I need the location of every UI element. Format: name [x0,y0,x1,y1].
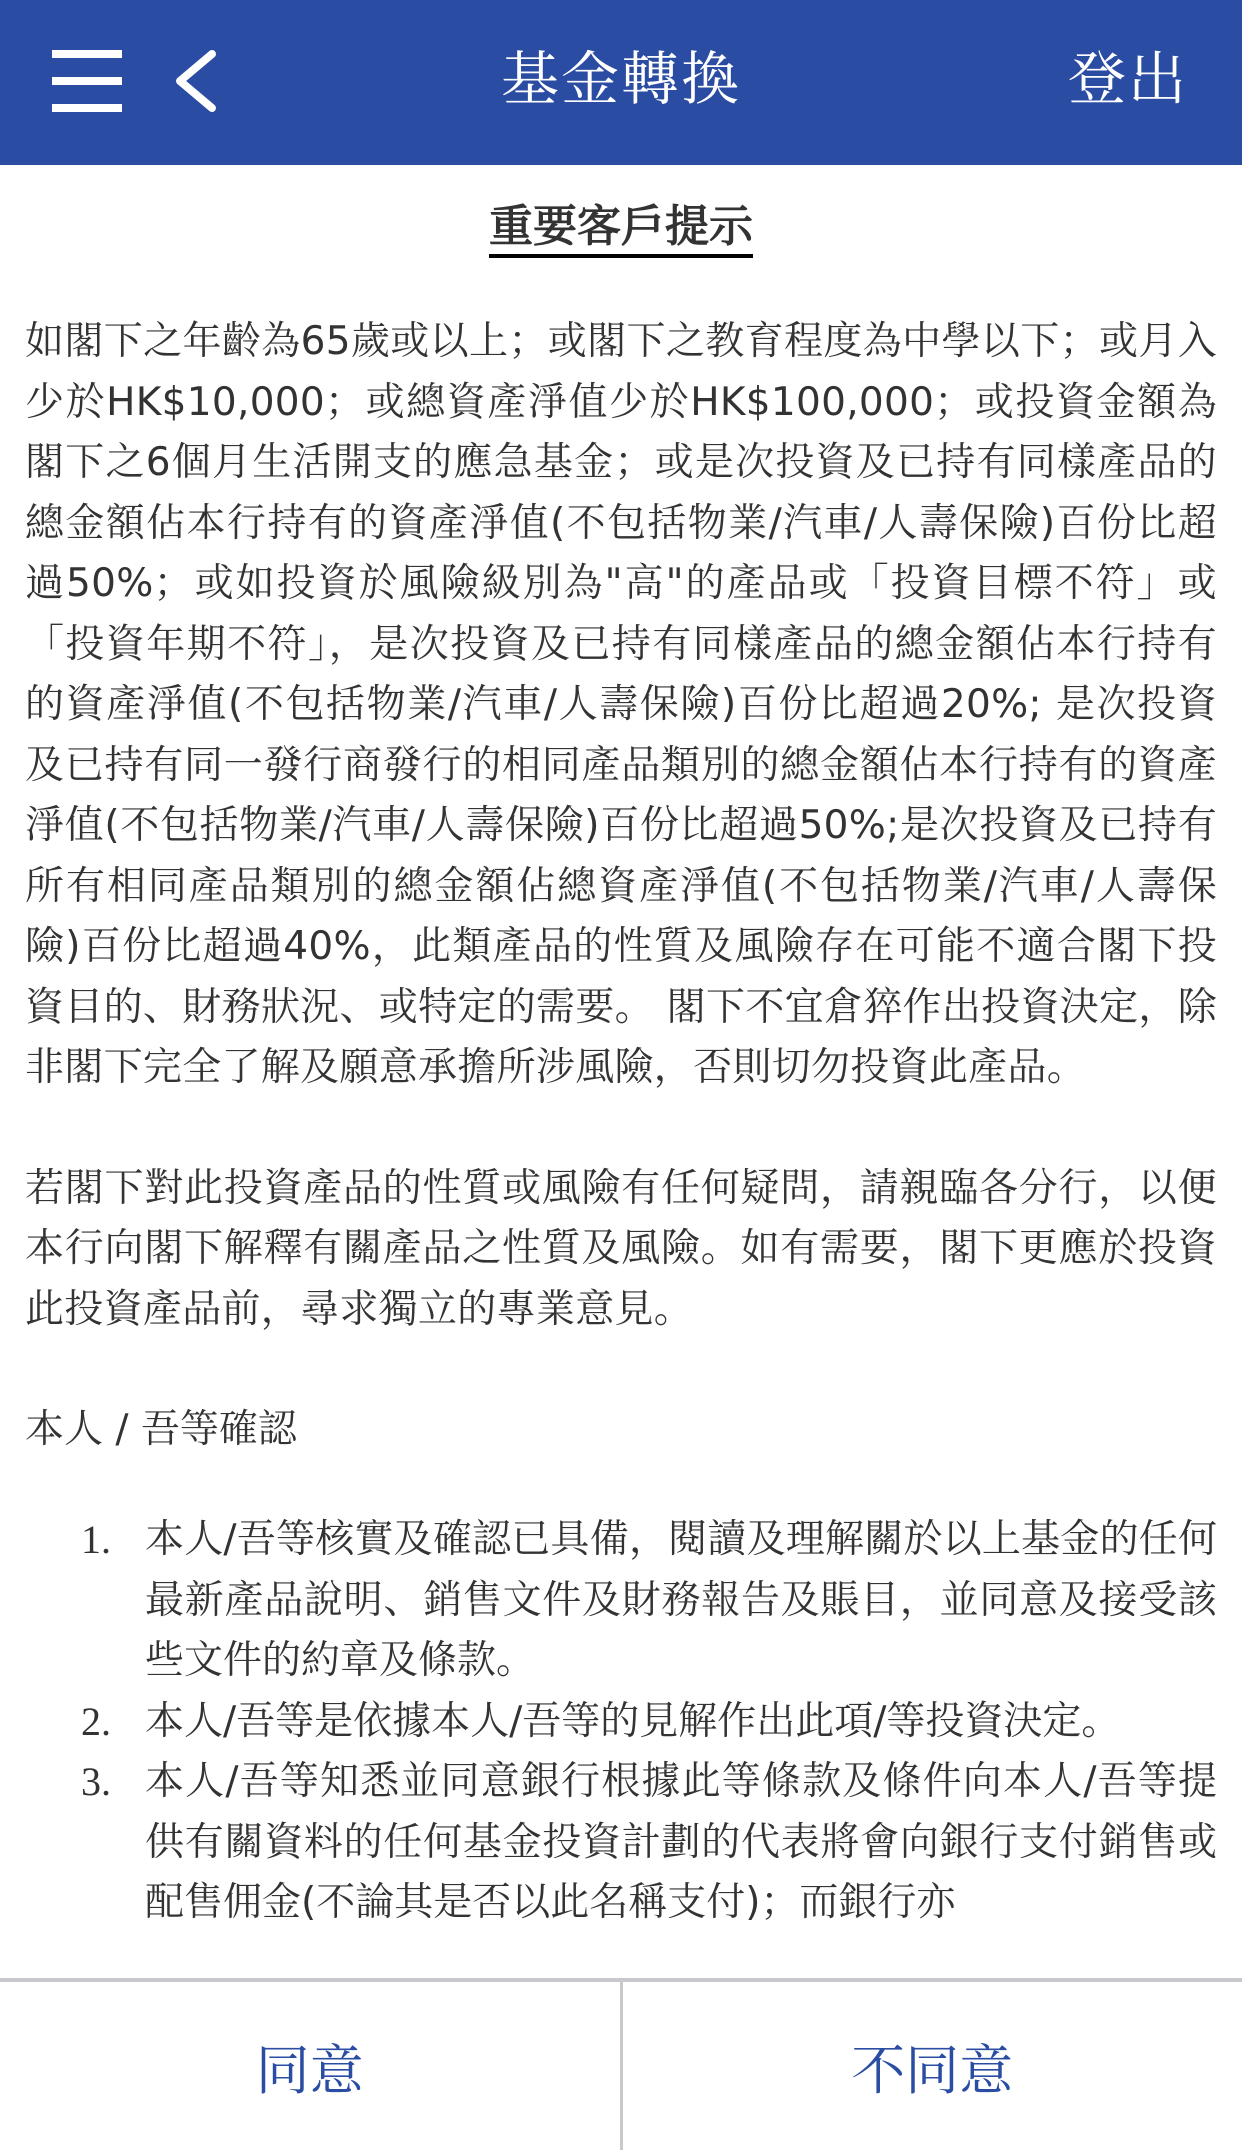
notice-title-text: 重要客戶提示 [489,201,753,258]
app-header: 基金轉換 登出 [0,0,1242,165]
confirm-item: 1. 本人/吾等核實及確認已具備，閱讀及理解關於以上基金的任何最新產品說明、銷售… [25,1510,1217,1692]
confirm-item-text: 本人/吾等知悉並同意銀行根據此等條款及條件向本人/吾等提供有關資料的任何基金投資… [145,1759,1217,1925]
logout-button[interactable]: 登出 [1068,44,1188,114]
disagree-button[interactable]: 不同意 [623,1982,1242,2150]
confirm-item: 2. 本人/吾等是依據本人/吾等的見解作出此項/等投資決定。 [25,1692,1217,1753]
confirm-item-number: 1. [81,1510,111,1571]
agree-button[interactable]: 同意 [0,1982,620,2150]
advice-paragraph: 若閣下對此投資產品的性質或風險有任何疑問，請親臨各分行，以便本行向閣下解釋有關產… [25,1159,1217,1341]
confirm-item-text: 本人/吾等核實及確認已具備，閱讀及理解關於以上基金的任何最新產品說明、銷售文件及… [145,1517,1217,1683]
action-bar: 同意 不同意 [0,1978,1242,2150]
notice-content[interactable]: 重要客戶提示 如閣下之年齡為65歲或以上；或閣下之教育程度為中學以下；或月入少於… [0,165,1242,1978]
confirm-item-number: 3. [81,1752,111,1813]
confirm-item: 3. 本人/吾等知悉並同意銀行根據此等條款及條件向本人/吾等提供有關資料的任何基… [25,1752,1217,1934]
notice-title: 重要客戶提示 [25,197,1217,257]
confirm-heading: 本人 / 吾等確認 [25,1400,1217,1460]
confirm-item-number: 2. [81,1692,111,1753]
risk-warning-paragraph: 如閣下之年齡為65歲或以上；或閣下之教育程度為中學以下；或月入少於HK$10,0… [25,312,1217,1099]
confirm-item-text: 本人/吾等是依據本人/吾等的見解作出此項/等投資決定。 [145,1699,1120,1744]
confirm-list: 1. 本人/吾等核實及確認已具備，閱讀及理解關於以上基金的任何最新產品說明、銷售… [25,1510,1217,1934]
page-title: 基金轉換 [0,44,1242,114]
